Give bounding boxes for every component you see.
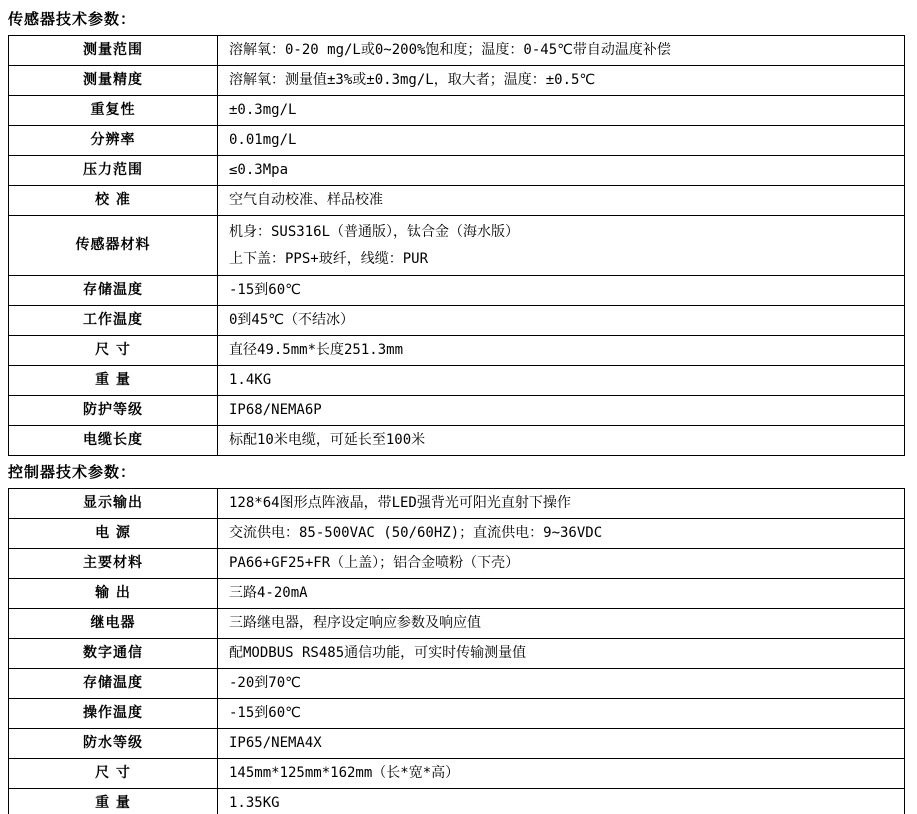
spec-value-storage-temp: -15到60℃ xyxy=(218,276,905,306)
spec-label-sensor-material: 传感器材料 xyxy=(9,216,218,276)
spec-sheet-page: 传感器技术参数： 测量范围 溶解氧：0-20 mg/L或0~200%饱和度；温度… xyxy=(0,0,917,814)
spec-value-relay: 三路继电器，程序设定响应参数及响应值 xyxy=(218,609,905,639)
sensor-spec-table: 测量范围 溶解氧：0-20 mg/L或0~200%饱和度；温度：0-45℃带自动… xyxy=(8,35,905,456)
table-row: 尺 寸 直径49.5mm*长度251.3mm xyxy=(9,336,905,366)
spec-value-digital-comm: 配MODBUS RS485通信功能，可实时传输测量值 xyxy=(218,639,905,669)
spec-label-pressure-range: 压力范围 xyxy=(9,156,218,186)
table-row: 电缆长度 标配10米电缆，可延长至100米 xyxy=(9,426,905,456)
spec-label-ctrl-storage-temp: 存储温度 xyxy=(9,669,218,699)
table-row: 压力范围 ≤0.3Mpa xyxy=(9,156,905,186)
spec-value-power-supply: 交流供电：85-500VAC (50/60HZ)；直流供电：9~36VDC xyxy=(218,519,905,549)
table-row: 测量范围 溶解氧：0-20 mg/L或0~200%饱和度；温度：0-45℃带自动… xyxy=(9,36,905,66)
spec-value-main-material: PA66+GF25+FR（上盖）；铝合金喷粉（下壳） xyxy=(218,549,905,579)
spec-value-output: 三路4-20mA xyxy=(218,579,905,609)
spec-value-repeatability: ±0.3mg/L xyxy=(218,96,905,126)
sensor-material-line-body: 机身：SUS316L（普通版），钛合金（海水版） xyxy=(229,219,903,246)
controller-section-title: 控制器技术参数： xyxy=(8,456,909,488)
sensor-material-line-caps: 上下盖：PPS+玻纤，线缆：PUR xyxy=(229,246,903,273)
spec-label-display-output: 显示输出 xyxy=(9,489,218,519)
spec-label-power-supply: 电 源 xyxy=(9,519,218,549)
table-row: 存储温度 -15到60℃ xyxy=(9,276,905,306)
spec-value-pressure-range: ≤0.3Mpa xyxy=(218,156,905,186)
spec-value-sensor-dimensions: 直径49.5mm*长度251.3mm xyxy=(218,336,905,366)
table-row: 数字通信 配MODBUS RS485通信功能，可实时传输测量值 xyxy=(9,639,905,669)
spec-label-sensor-weight: 重 量 xyxy=(9,366,218,396)
table-row: 操作温度 -15到60℃ xyxy=(9,699,905,729)
spec-value-calibration: 空气自动校准、样品校准 xyxy=(218,186,905,216)
spec-value-display-output: 128*64图形点阵液晶，带LED强背光可阳光直射下操作 xyxy=(218,489,905,519)
spec-value-ctrl-dimensions: 145mm*125mm*162mm（长*宽*高） xyxy=(218,759,905,789)
spec-label-cable-length: 电缆长度 xyxy=(9,426,218,456)
table-row: 重复性 ±0.3mg/L xyxy=(9,96,905,126)
spec-value-resolution: 0.01mg/L xyxy=(218,126,905,156)
table-row: 存储温度 -20到70℃ xyxy=(9,669,905,699)
spec-value-protection-rating: IP68/NEMA6P xyxy=(218,396,905,426)
spec-value-measure-range: 溶解氧：0-20 mg/L或0~200%饱和度；温度：0-45℃带自动温度补偿 xyxy=(218,36,905,66)
table-row: 测量精度 溶解氧：测量值±3%或±0.3mg/L，取大者；温度：±0.5℃ xyxy=(9,66,905,96)
spec-label-operating-temp: 操作温度 xyxy=(9,699,218,729)
spec-value-cable-length: 标配10米电缆，可延长至100米 xyxy=(218,426,905,456)
controller-spec-table: 显示输出 128*64图形点阵液晶，带LED强背光可阳光直射下操作 电 源 交流… xyxy=(8,488,905,814)
spec-value-ctrl-weight: 1.35KG xyxy=(218,789,905,814)
spec-label-resolution: 分辨率 xyxy=(9,126,218,156)
table-row: 工作温度 0到45℃（不结冰） xyxy=(9,306,905,336)
spec-label-waterproof-rating: 防水等级 xyxy=(9,729,218,759)
table-row: 继电器 三路继电器，程序设定响应参数及响应值 xyxy=(9,609,905,639)
sensor-section-title: 传感器技术参数： xyxy=(8,6,909,35)
table-row: 显示输出 128*64图形点阵液晶，带LED强背光可阳光直射下操作 xyxy=(9,489,905,519)
table-row: 重 量 1.4KG xyxy=(9,366,905,396)
spec-label-main-material: 主要材料 xyxy=(9,549,218,579)
table-row: 主要材料 PA66+GF25+FR（上盖）；铝合金喷粉（下壳） xyxy=(9,549,905,579)
spec-label-relay: 继电器 xyxy=(9,609,218,639)
spec-label-digital-comm: 数字通信 xyxy=(9,639,218,669)
spec-label-ctrl-weight: 重 量 xyxy=(9,789,218,814)
spec-label-sensor-dimensions: 尺 寸 xyxy=(9,336,218,366)
table-row: 尺 寸 145mm*125mm*162mm（长*宽*高） xyxy=(9,759,905,789)
spec-label-working-temp: 工作温度 xyxy=(9,306,218,336)
spec-value-sensor-material: 机身：SUS316L（普通版），钛合金（海水版） 上下盖：PPS+玻纤，线缆：P… xyxy=(218,216,905,276)
table-row: 电 源 交流供电：85-500VAC (50/60HZ)；直流供电：9~36VD… xyxy=(9,519,905,549)
table-row: 防护等级 IP68/NEMA6P xyxy=(9,396,905,426)
table-row: 重 量 1.35KG xyxy=(9,789,905,814)
table-row: 防水等级 IP65/NEMA4X xyxy=(9,729,905,759)
spec-label-accuracy: 测量精度 xyxy=(9,66,218,96)
table-row: 校 准 空气自动校准、样品校准 xyxy=(9,186,905,216)
spec-label-calibration: 校 准 xyxy=(9,186,218,216)
table-row: 输 出 三路4-20mA xyxy=(9,579,905,609)
spec-value-ctrl-storage-temp: -20到70℃ xyxy=(218,669,905,699)
spec-value-working-temp: 0到45℃（不结冰） xyxy=(218,306,905,336)
spec-label-protection-rating: 防护等级 xyxy=(9,396,218,426)
spec-label-measure-range: 测量范围 xyxy=(9,36,218,66)
spec-value-accuracy: 溶解氧：测量值±3%或±0.3mg/L，取大者；温度：±0.5℃ xyxy=(218,66,905,96)
spec-label-repeatability: 重复性 xyxy=(9,96,218,126)
spec-label-output: 输 出 xyxy=(9,579,218,609)
spec-label-storage-temp: 存储温度 xyxy=(9,276,218,306)
spec-label-ctrl-dimensions: 尺 寸 xyxy=(9,759,218,789)
table-row: 传感器材料 机身：SUS316L（普通版），钛合金（海水版） 上下盖：PPS+玻… xyxy=(9,216,905,276)
spec-value-waterproof-rating: IP65/NEMA4X xyxy=(218,729,905,759)
spec-value-sensor-weight: 1.4KG xyxy=(218,366,905,396)
spec-value-operating-temp: -15到60℃ xyxy=(218,699,905,729)
table-row: 分辨率 0.01mg/L xyxy=(9,126,905,156)
